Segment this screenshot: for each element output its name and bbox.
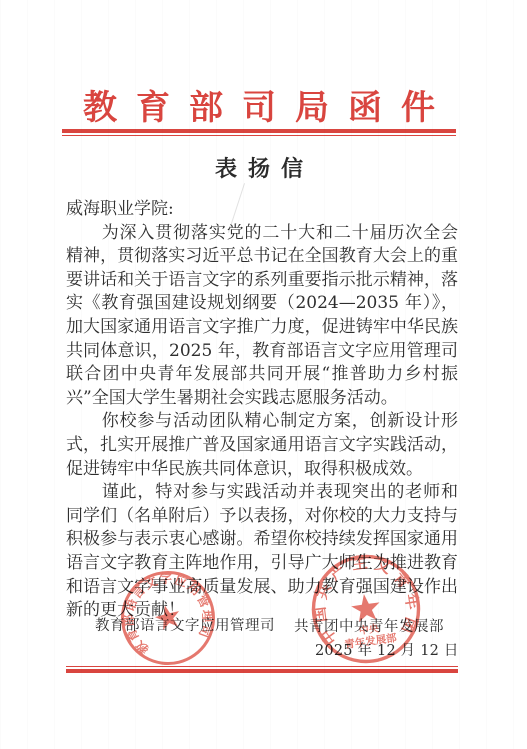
right-signature-org: 共青团中央青年发展部 xyxy=(294,615,444,636)
header-divider xyxy=(62,129,456,136)
footer-divider-thick-line xyxy=(66,669,458,673)
paragraph-2: 你校参与活动团队精心制定方案，创新设计形式，扎实开展推广普及国家通用语言文字实践… xyxy=(66,410,458,481)
letterhead-title: 教育部司局函件 xyxy=(62,80,456,129)
footer-divider xyxy=(66,666,458,673)
signature-date: 2025 年 12 月 12 日 xyxy=(315,639,459,660)
header-divider-thick-line xyxy=(62,129,456,133)
letter-body: 威海职业学院: 为深入贯彻落实党的二十大和二十届历次全会精神，贯彻落实习近平总书… xyxy=(66,198,458,623)
letter-page: 教育部司局函件 表扬信 威海职业学院: 为深入贯彻落实党的二十大和二十届历次全会… xyxy=(0,0,527,749)
paragraph-1: 为深入贯彻落实党的二十大和二十届历次全会精神，贯彻落实习近平总书记在全国教育大会… xyxy=(66,222,458,411)
header-divider-thin-line xyxy=(62,135,456,136)
footer-divider-thin-line xyxy=(66,666,458,667)
left-signature-org: 教育部语言文字应用管理司 xyxy=(95,614,275,635)
letter-title: 表扬信 xyxy=(62,152,456,183)
paragraph-3: 谨此，特对参与实践活动并表现突出的老师和同学们（名单附后）予以表扬，对你校的大力… xyxy=(66,481,458,623)
addressee-line: 威海职业学院: xyxy=(66,198,458,222)
